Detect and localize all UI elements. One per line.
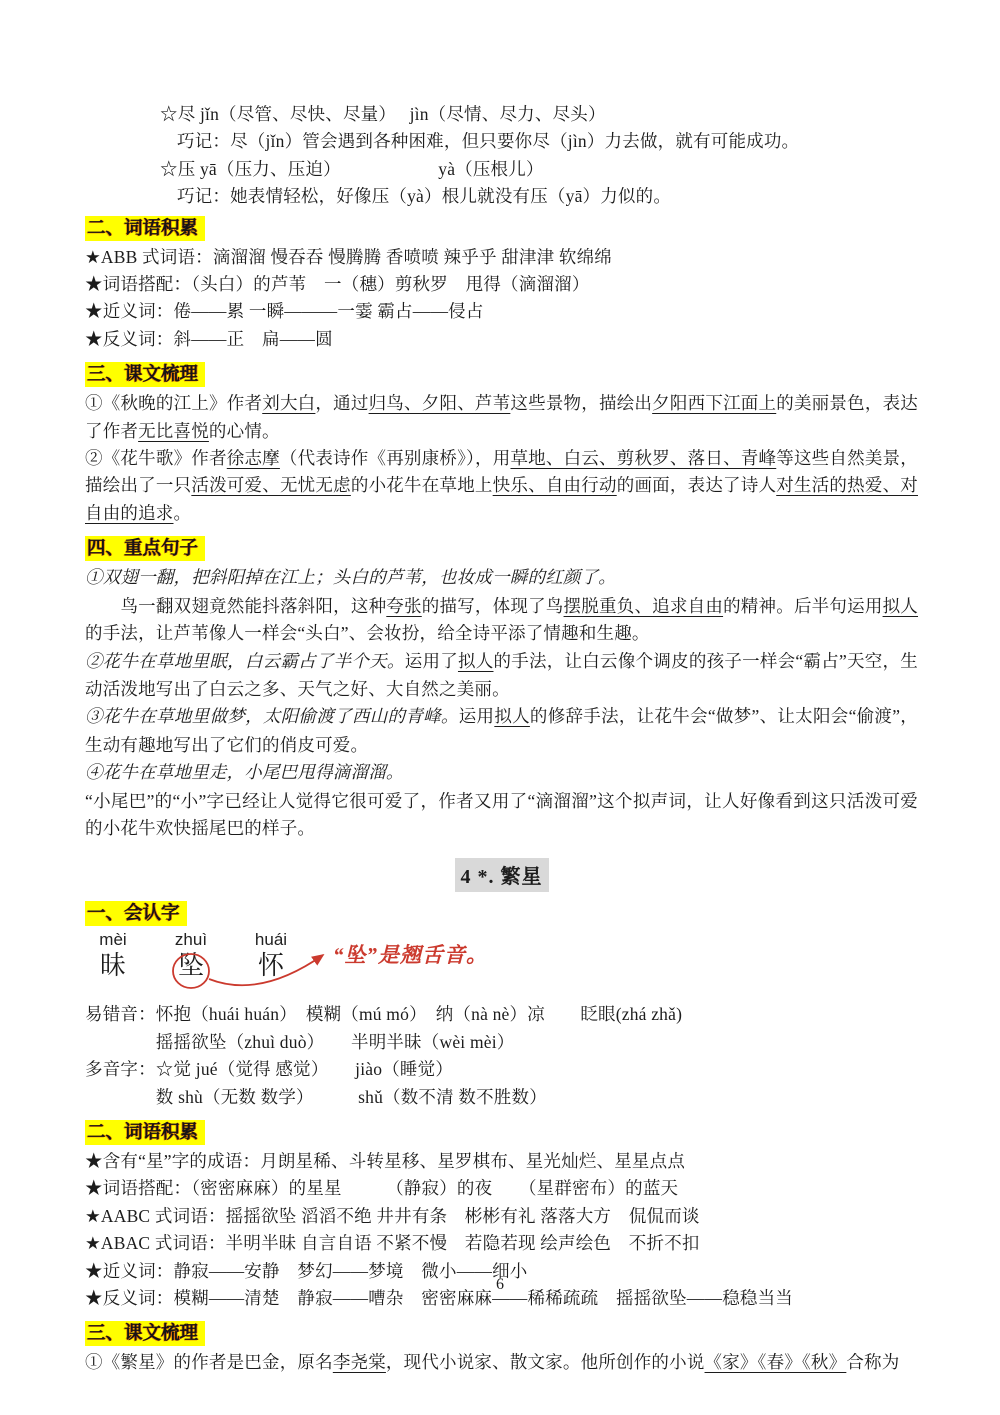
text-segment: 的画面，表达了诗人 — [617, 475, 777, 495]
quoted-verse: ④花牛在草地里走，小尾巴甩得滴溜溜。 — [85, 763, 404, 783]
text-segment: ①《秋晚的江上》作者 — [85, 393, 262, 413]
text-segment: 的小花牛在草地上 — [351, 475, 493, 495]
text-segment: 的心情。 — [209, 421, 280, 441]
text-segment: 。 — [174, 503, 192, 523]
text-segment: （代表诗作《再别康桥》），用 — [280, 448, 511, 468]
text-line: 多音字：☆觉 jué（觉得 感觉） jiào（睡觉） — [85, 1056, 918, 1083]
underlined-text: 《家》《春》《秋》 — [705, 1352, 847, 1372]
section-header: 二、词语积累 — [85, 216, 205, 241]
underlined-text: 刘大白 — [262, 393, 315, 413]
text-segment: 这些景物，描绘出 — [510, 393, 652, 413]
text-segment: 合称为 — [846, 1352, 899, 1372]
text-line: 易错音：怀抱（huái huán） 模糊（mú mó） 纳（nà nè）凉 眨眼… — [85, 1001, 918, 1028]
paragraph: ②花牛在草地里眠，白云霸占了半个天。运用了拟人的手法，让白云像个调皮的孩子一样会… — [85, 648, 918, 704]
lesson-title-row: 4 *. 繁星 — [85, 858, 918, 892]
underlined-text: 归鸟、夕阳、芦苇 — [369, 393, 511, 413]
section-header: 三、课文梳理 — [85, 1321, 205, 1346]
paragraph: ②《花牛歌》作者徐志摩（代表诗作《再别康桥》），用草地、白云、剪秋罗、落日、青峰… — [85, 445, 918, 527]
text-segment: “小尾巴”的“小”字已经让人觉得它很可爱了，作者又用了“滴溜溜”这个拟声词，让人… — [85, 791, 918, 838]
underlined-text: 徐志摩 — [227, 448, 280, 468]
paragraph: ③花牛在草地里做梦，太阳偷渡了西山的青峰。运用拟人的修辞手法，让花牛会“做梦”、… — [85, 703, 918, 759]
underlined-text: 拟人 — [458, 651, 494, 671]
text-segment: 运用了 — [405, 651, 458, 671]
text-line: ☆压 yā（压力、压迫） yà（压根儿） — [85, 156, 918, 183]
section-header: 四、重点句子 — [85, 536, 205, 561]
paragraph: ④花牛在草地里走，小尾巴甩得滴溜溜。 — [85, 759, 918, 787]
paragraph: 鸟一翻双翅竟然能抖落斜阳，这种夸张的描写，体现了鸟摆脱重负、追求自由的精神。后半… — [85, 593, 918, 648]
paragraph: ①《繁星》的作者是巴金，原名李尧棠，现代小说家、散文家。他所创作的小说《家》《春… — [85, 1349, 918, 1376]
text-segment: 的手法，让芦苇像人一样会“头白”、会妆扮，给全诗平添了情趣和生趣。 — [85, 623, 650, 643]
text-segment: ，通过 — [315, 393, 368, 413]
text-segment: ②《花牛歌》作者 — [85, 448, 227, 468]
text-segment: 运用 — [459, 706, 495, 726]
handwritten-note: “坠”是翘舌音。 — [333, 939, 488, 969]
text-line: ★含有“星”字的成语：月朗星稀、斗转星移、星罗棋布、星光灿烂、星星点点 — [85, 1148, 918, 1175]
section-header: 三、课文梳理 — [85, 362, 205, 387]
section-word-accumulation-l3: 二、词语积累 ★ABB 式词语：滴溜溜 慢吞吞 慢腾腾 香喷喷 辣乎乎 甜津津 … — [85, 211, 918, 354]
section-key-sentences: 四、重点句子 ①双翅一翻，把斜阳掉在江上；头白的芦苇，也妆成一瞬的红颜了。 鸟一… — [85, 531, 918, 842]
pinyin-character-chart: mèi 昧 zhuì 坠 huái 怀 — [85, 931, 918, 1001]
quoted-verse: ③花牛在草地里做梦，太阳偷渡了西山的青峰。 — [85, 707, 459, 727]
section-text-review-l4: 三、课文梳理 ①《繁星》的作者是巴金，原名李尧棠，现代小说家、散文家。他所创作的… — [85, 1316, 918, 1376]
text-line: ★ABB 式词语：滴溜溜 慢吞吞 慢腾腾 香喷喷 辣乎乎 甜津津 软绵绵 — [85, 244, 918, 271]
section-characters-to-recognize: 一、会认字 mèi 昧 zhuì 坠 huái 怀 — [85, 896, 918, 1111]
section-text-review-l3: 三、课文梳理 ①《秋晚的江上》作者刘大白，通过归鸟、夕阳、芦苇这些景物，描绘出夕… — [85, 357, 918, 527]
text-segment: 的描写，体现了鸟 — [422, 596, 564, 616]
text-line: ☆尽 jǐn（尽管、尽快、尽量） jìn（尽情、尽力、尽头） — [85, 101, 918, 128]
paragraph: “小尾巴”的“小”字已经让人觉得它很可爱了，作者又用了“滴溜溜”这个拟声词，让人… — [85, 788, 918, 843]
paragraph: ①《秋晚的江上》作者刘大白，通过归鸟、夕阳、芦苇这些景物，描绘出夕阳西下江面上的… — [85, 390, 918, 445]
underlined-text: 摆脱重负、追求自由 — [564, 596, 724, 616]
multi-pronunciation-notes: ☆尽 jǐn（尽管、尽快、尽量） jìn（尽情、尽力、尽头） 巧记：尽（jǐn）… — [85, 101, 918, 211]
page-content: ☆尽 jǐn（尽管、尽快、尽量） jìn（尽情、尽力、尽头） 巧记：尽（jǐn）… — [85, 0, 918, 1377]
text-segment: ，现代小说家、散文家。他所创作的小说 — [386, 1352, 705, 1372]
text-line: ★词语搭配：（密密麻麻）的星星 （静寂）的夜 （星群密布）的蓝天 — [85, 1175, 918, 1202]
lesson-title: 4 *. 繁星 — [455, 858, 549, 892]
underlined-text: 李尧棠 — [333, 1352, 386, 1372]
page-number: 6 — [0, 1276, 1000, 1294]
section-header: 一、会认字 — [85, 901, 187, 926]
text-segment: ①《繁星》的作者是巴金，原名 — [85, 1352, 333, 1372]
text-line: ★AABC 式词语：摇摇欲坠 滔滔不绝 井井有条 彬彬有礼 落落大方 侃侃而谈 — [85, 1203, 918, 1230]
underlined-text: 快乐、自由行动 — [493, 475, 617, 495]
underlined-text: 拟人 — [883, 596, 918, 616]
text-line: ★近义词：倦——累 一瞬———一霎 霸占——侵占 — [85, 298, 918, 325]
text-line: ★ABAC 式词语：半明半昧 自言自语 不紧不慢 若隐若现 绘声绘色 不折不扣 — [85, 1230, 918, 1257]
underlined-text: 草地、白云、剪秋罗、落日、青峰 — [510, 448, 776, 468]
underlined-text: 夕阳西下江面上 — [652, 393, 776, 413]
text-line: 数 shù（无数 数学） shǔ（数不清 数不胜数） — [85, 1084, 918, 1111]
underlined-text: 拟人 — [494, 706, 530, 726]
quoted-verse: ①双翅一翻，把斜阳掉在江上；头白的芦苇，也妆成一瞬的红颜了。 — [85, 568, 616, 588]
quoted-verse: ②花牛在草地里眠，白云霸占了半个天。 — [85, 652, 405, 672]
text-line: 巧记：她表情轻松，好像压（yà）根儿就没有压（yā）力似的。 — [85, 183, 918, 210]
section-header: 二、词语积累 — [85, 1120, 205, 1145]
document-page: ☆尽 jǐn（尽管、尽快、尽量） jìn（尽情、尽力、尽头） 巧记：尽（jǐn）… — [0, 0, 1000, 1415]
underlined-text: 无比喜悦 — [138, 421, 209, 441]
text-segment: 的精神。后半句运用 — [723, 596, 883, 616]
text-line: 摇摇欲坠（zhuì duò） 半明半昧（wèi mèi） — [85, 1029, 918, 1056]
text-line: ★反义词：斜——正 扁——圆 — [85, 326, 918, 353]
text-line: 巧记：尽（jǐn）管会遇到各种困难，但只要你尽（jìn）力去做，就有可能成功。 — [85, 128, 918, 155]
text-line: ★词语搭配：（头白）的芦苇 一（穗）剪秋罗 甩得（滴溜溜） — [85, 271, 918, 298]
text-segment: 鸟一翻双翅竟然能抖落斜阳，这种 — [85, 596, 386, 616]
underlined-text: 活泼可爱、无忧无虑 — [191, 475, 351, 495]
underlined-text: 夸张 — [386, 596, 421, 616]
paragraph: ①双翅一翻，把斜阳掉在江上；头白的芦苇，也妆成一瞬的红颜了。 — [85, 564, 918, 592]
